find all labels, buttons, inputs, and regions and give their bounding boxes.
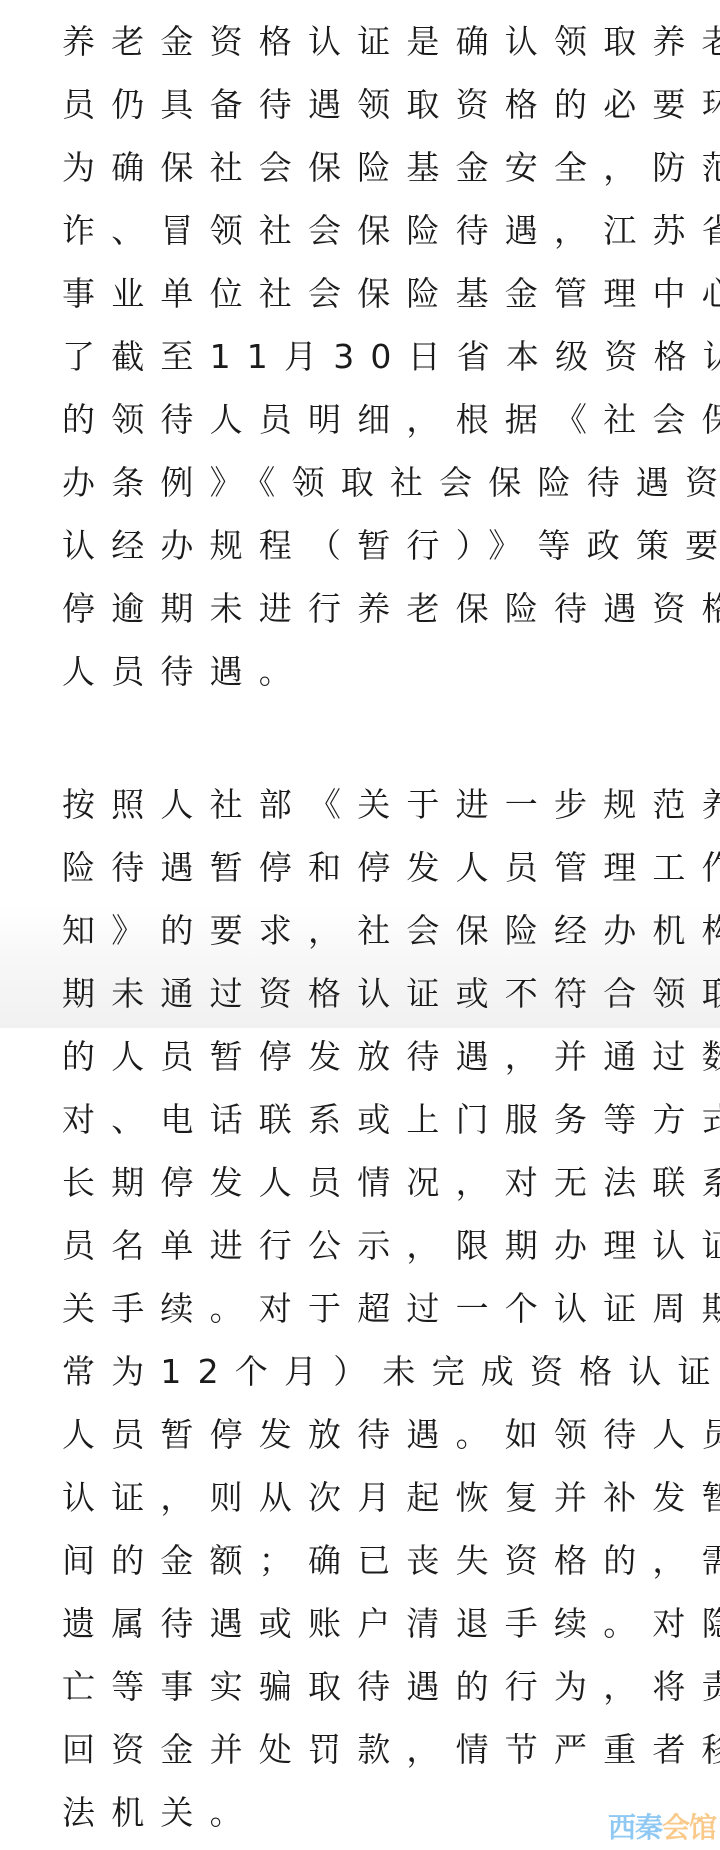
text-line: 对、电话联系或上门服务等方式核实 bbox=[62, 1088, 682, 1151]
text-line: 关手续。对于超过一个认证周期（通 bbox=[62, 1277, 682, 1340]
text-line: 回资金并处罚款，情节严重者移送司 bbox=[62, 1718, 682, 1781]
text-line: 员名单进行公示，限期办理认证或相 bbox=[62, 1214, 682, 1277]
text-line: 养老金资格认证是确认领取养老金人 bbox=[62, 10, 682, 73]
text-line: 长期停发人员情况，对无法联系的人 bbox=[62, 1151, 682, 1214]
text-line: 停逾期未进行养老保险待遇资格认证 bbox=[62, 577, 682, 640]
text-line: 诈、冒领社会保险待遇，江苏省机关 bbox=[62, 199, 682, 262]
text-line: 了截至11月30日省本级资格认证超期 bbox=[62, 325, 682, 388]
text-line: 事业单位社会保险基金管理中心梳理 bbox=[62, 262, 682, 325]
text-line: 为确保社会保险基金安全，防范欺 bbox=[62, 136, 682, 199]
text-line: 常为12个月）未完成资格认证的退休 bbox=[62, 1340, 682, 1403]
watermark-text-orange: 会馆 bbox=[662, 1811, 716, 1844]
text-line: 亡等事实骗取待遇的行为，将责令退 bbox=[62, 1655, 682, 1718]
text-line: 的领待人员明细，根据《社会保险经 bbox=[62, 388, 682, 451]
text-line: 的人员暂停发放待遇，并通过数据比 bbox=[62, 1025, 682, 1088]
text-line: 认证，则从次月起恢复并补发暂停期 bbox=[62, 1466, 682, 1529]
text-line: 按照人社部《关于进一步规范养老保 bbox=[62, 773, 682, 836]
text-line: 知》的要求，社会保险经办机构对长 bbox=[62, 899, 682, 962]
text-line: 险待遇暂停和停发人员管理工作的通 bbox=[62, 836, 682, 899]
paragraph-2: 按照人社部《关于进一步规范养老保 险待遇暂停和停发人员管理工作的通 知》的要求，… bbox=[62, 773, 682, 1844]
text-line: 人员待遇。 bbox=[62, 640, 682, 703]
paragraph-1: 养老金资格认证是确认领取养老金人 员仍具备待遇领取资格的必要环节。 为确保社会保… bbox=[62, 10, 682, 703]
text-line: 遗属待遇或账户清退手续。对隐瞒死 bbox=[62, 1592, 682, 1655]
text-line: 期未通过资格认证或不符合领取条件 bbox=[62, 962, 682, 1025]
watermark-text-blue: 西秦 bbox=[608, 1811, 662, 1844]
text-line: 员仍具备待遇领取资格的必要环节。 bbox=[62, 73, 682, 136]
text-line: 人员暂停发放待遇。如领待人员及时 bbox=[62, 1403, 682, 1466]
watermark-logo: 西秦会馆 bbox=[608, 1808, 716, 1848]
text-line: 认经办规程（暂行）》等政策要求暂 bbox=[62, 514, 682, 577]
text-line: 间的金额；确已丧失资格的，需办理 bbox=[62, 1529, 682, 1592]
text-line: 办条例》《领取社会保险待遇资格确 bbox=[62, 451, 682, 514]
text-line: 法机关。 bbox=[62, 1781, 682, 1844]
